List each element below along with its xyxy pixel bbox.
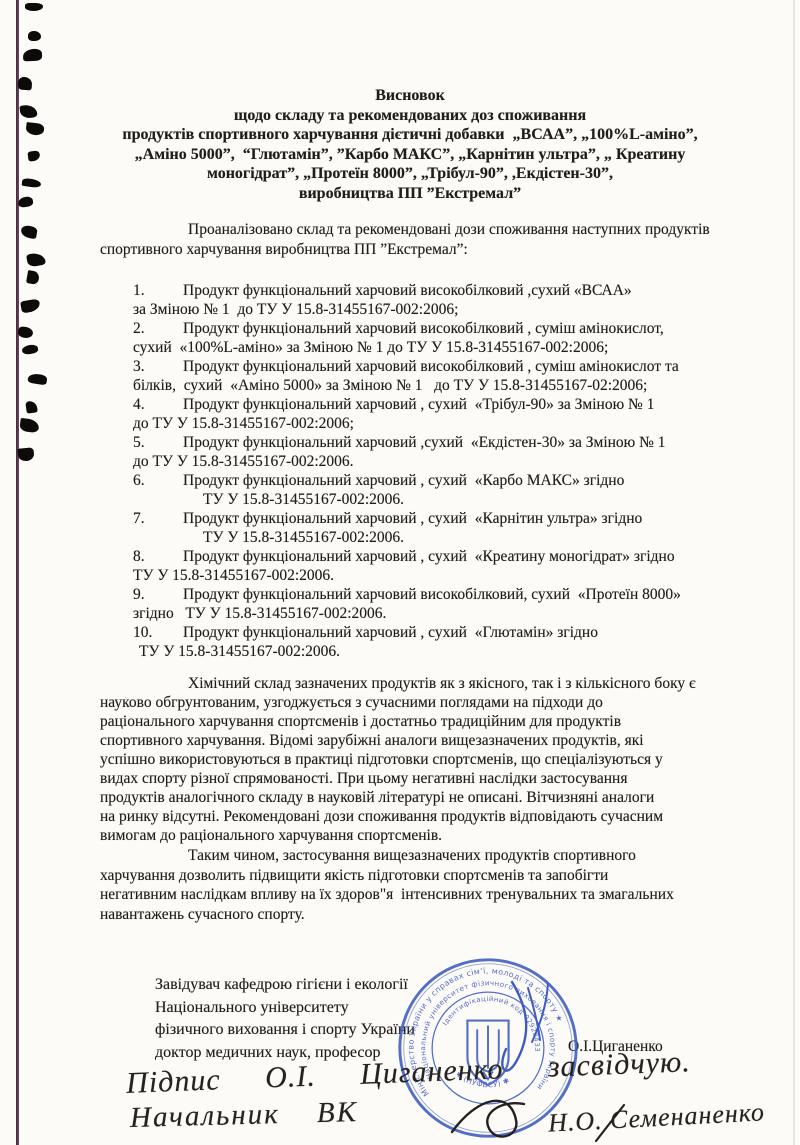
scan-artifact-blob bbox=[20, 224, 38, 238]
document-title: Висновокщодо складу та рекомендованих до… bbox=[70, 86, 750, 203]
text-line: сухий «100%L-аміно» за Зміною № 1 до ТУ … bbox=[133, 338, 763, 357]
list-item-text: Продукт функціональний харчовий високобі… bbox=[183, 358, 679, 375]
scan-artifact-blob bbox=[27, 373, 47, 385]
text-line: Хімічний склад зазначених продуктів як з… bbox=[100, 674, 760, 693]
text-line: спортивного харчування виробництва ПП ”Е… bbox=[100, 240, 750, 260]
text-line: Завідувач кафедрою гігієни і екології bbox=[155, 974, 415, 997]
scan-artifact-blob bbox=[20, 104, 38, 118]
text-line: моногідрат”, „Протеїн 8000”, „Трібул-90”… bbox=[70, 164, 750, 184]
scan-artifact-blob bbox=[18, 77, 33, 91]
list-item: 6.Продукт функціональний харчовий , сухи… bbox=[133, 471, 763, 509]
signoff-block: Завідувач кафедрою гігієни і екологіїНац… bbox=[155, 974, 415, 1064]
text-line: продуктів аналогічного складу в науковій… bbox=[100, 788, 760, 807]
scan-right-shade bbox=[793, 0, 795, 1145]
scan-artifact-blob bbox=[25, 3, 43, 11]
scan-artifact-blob bbox=[27, 151, 41, 163]
text-line: ТУ У 15.8-31455167-002:2006. bbox=[203, 490, 763, 509]
list-item-text: Продукт функціональний харчовий високобі… bbox=[183, 282, 632, 299]
text-line: успішно використовуються в практиці підг… bbox=[100, 750, 760, 769]
text-line: негативним наслідкам впливу на їх здоров… bbox=[100, 885, 760, 905]
scan-artifact-blob bbox=[26, 252, 46, 268]
text-line: до ТУ У 15.8-31455167-002:2006; bbox=[133, 414, 763, 433]
text-line: 1.Продукт функціональний харчовий високо… bbox=[133, 281, 763, 300]
list-item-text: Продукт функціональний харчовий високобі… bbox=[183, 320, 664, 337]
text-line: Таким чином, застосування вищезазначених… bbox=[100, 846, 760, 866]
list-item: 5.Продукт функціональний харчовий ,сухий… bbox=[133, 433, 763, 471]
scan-artifact-blob bbox=[18, 447, 35, 461]
text-line: 8.Продукт функціональний харчовий , сухи… bbox=[133, 547, 763, 566]
list-item: 8.Продукт функціональний харчовий , сухи… bbox=[133, 547, 763, 585]
text-line: науково обгрунтованим, узгоджується з су… bbox=[100, 693, 760, 712]
scan-artifact-blob bbox=[17, 196, 33, 208]
scan-artifact-blob bbox=[25, 401, 38, 414]
text-line: видах спорту різної спрямованості. При ц… bbox=[100, 769, 760, 788]
text-line: раціонального харчування спортсменів і д… bbox=[100, 712, 760, 731]
text-line: 10.Продукт функціональний харчовий , сух… bbox=[133, 623, 763, 642]
scan-artifact-blob bbox=[20, 298, 41, 313]
text-line: 7.Продукт функціональний харчовий , сухи… bbox=[133, 509, 763, 528]
scan-artifact-blob bbox=[28, 31, 41, 41]
text-line: ТУ У 15.8-31455167-002:2006. bbox=[139, 642, 763, 661]
text-line: на ринку відсутні. Рекомендовані дози сп… bbox=[100, 807, 760, 826]
list-item: 7.Продукт функціональний харчовий , сухи… bbox=[133, 509, 763, 547]
text-line: Висновок bbox=[70, 86, 750, 106]
scan-artifact-blob bbox=[19, 418, 39, 433]
text-line: 6.Продукт функціональний харчовий , сухи… bbox=[133, 471, 763, 490]
list-item-text: Продукт функціональний харчовий , сухий … bbox=[183, 548, 675, 565]
text-line: 9.Продукт функціональний харчовий високо… bbox=[133, 585, 763, 604]
text-line: „Аміно 5000”, “Глютамін”, ”Карбо МАКС”, … bbox=[70, 145, 750, 165]
analysis-paragraph: Хімічний склад зазначених продуктів як з… bbox=[100, 674, 760, 845]
text-line: за Зміною № 1 до ТУ У 15.8-31455167-002:… bbox=[133, 300, 763, 319]
handwritten-position: Начальник ВК bbox=[130, 1096, 359, 1135]
text-line: фізичного виховання і спорту України bbox=[155, 1019, 415, 1042]
text-line: ТУ У 15.8-31455167-002:2006. bbox=[203, 528, 763, 547]
text-line: 3.Продукт функціональний харчовий високо… bbox=[133, 357, 763, 376]
list-item-text: Продукт функціональний харчовий ,сухий «… bbox=[183, 434, 666, 451]
text-line: харчування дозволить підвищити якість пі… bbox=[100, 866, 760, 886]
text-line: згідно ТУ У 15.8-31455167-002:2006. bbox=[133, 604, 763, 623]
text-line: щодо складу та рекомендованих доз спожив… bbox=[70, 106, 750, 126]
scan-artifact-blob bbox=[17, 326, 34, 339]
list-item-number: 7. bbox=[133, 509, 183, 528]
scan-artifact-blob bbox=[23, 48, 43, 61]
scan-artifact-blob bbox=[26, 270, 40, 285]
intro-paragraph: Проаналізовано склад та рекомендовані до… bbox=[100, 220, 750, 260]
list-item-text: Продукт функціональний харчовий високобі… bbox=[183, 586, 681, 603]
scanned-document-page: Висновокщодо складу та рекомендованих до… bbox=[0, 0, 800, 1145]
text-line: білків, сухий «Аміно 5000» за Зміною № 1… bbox=[133, 376, 763, 395]
list-item-text: Продукт функціональний харчовий , сухий … bbox=[183, 396, 654, 413]
list-item-number: 9. bbox=[133, 585, 183, 604]
list-item: 1.Продукт функціональний харчовий високо… bbox=[133, 281, 763, 319]
scan-artifact-blob bbox=[22, 344, 39, 355]
list-item-number: 3. bbox=[133, 357, 183, 376]
text-line: 2.Продукт функціональний харчовий високо… bbox=[133, 319, 763, 338]
scan-artifact-blob bbox=[26, 122, 45, 136]
text-line: навантажень сучасного спорту. bbox=[100, 905, 760, 925]
text-line: виробництва ПП ”Екстремал” bbox=[70, 184, 750, 204]
list-item-number: 8. bbox=[133, 547, 183, 566]
text-line: спортивного харчування. Відомі зарубіжні… bbox=[100, 731, 760, 750]
list-item-number: 5. bbox=[133, 433, 183, 452]
list-item-text: Продукт функціональний харчовий , сухий … bbox=[183, 472, 624, 489]
list-item-number: 6. bbox=[133, 471, 183, 490]
list-item-number: 4. bbox=[133, 395, 183, 414]
text-line: 4.Продукт функціональний харчовий , сухи… bbox=[133, 395, 763, 414]
list-item-number: 1. bbox=[133, 281, 183, 300]
list-item-number: 2. bbox=[133, 319, 183, 338]
scan-artifact-blob bbox=[22, 178, 42, 189]
scan-edge-line bbox=[16, 0, 19, 1145]
text-line: до ТУ У 15.8-31455167-002:2006. bbox=[133, 452, 763, 471]
list-item: 2.Продукт функціональний харчовий високо… bbox=[133, 319, 763, 357]
text-line: Проаналізовано склад та рекомендовані до… bbox=[100, 220, 750, 240]
conclusion-paragraph: Таким чином, застосування вищезазначених… bbox=[100, 846, 760, 924]
list-item: 3.Продукт функціональний харчовий високо… bbox=[133, 357, 763, 395]
list-item: 9.Продукт функціональний харчовий високо… bbox=[133, 585, 763, 623]
list-item-text: Продукт функціональний харчовий , сухий … bbox=[183, 510, 642, 527]
list-item-text: Продукт функціональний харчовий , сухий … bbox=[183, 624, 598, 641]
text-line: ТУ У 15.8-31455167-002:2006. bbox=[133, 566, 763, 585]
list-item: 4.Продукт функціональний харчовий , сухи… bbox=[133, 395, 763, 433]
product-list: 1.Продукт функціональний харчовий високо… bbox=[133, 281, 763, 661]
text-line: вимогам до раціонального харчування спор… bbox=[100, 826, 760, 845]
text-line: продуктів спортивного харчування дієтичн… bbox=[70, 125, 750, 145]
text-line: 5.Продукт функціональний харчовий ,сухий… bbox=[133, 433, 763, 452]
list-item: 10.Продукт функціональний харчовий , сух… bbox=[133, 623, 763, 661]
text-line: Національного університету bbox=[155, 997, 415, 1020]
list-item-number: 10. bbox=[133, 623, 183, 642]
